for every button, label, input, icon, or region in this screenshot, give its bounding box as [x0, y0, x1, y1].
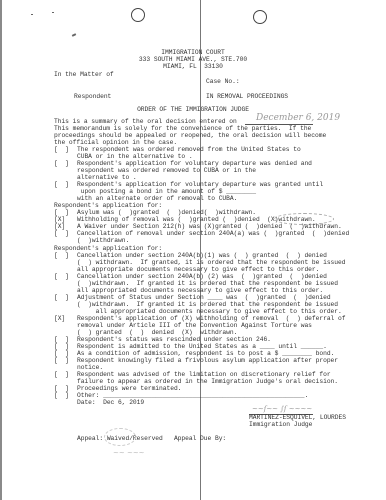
court-city: MIAMI, FL 33130: [100, 63, 286, 70]
checkbox: [ ]: [54, 146, 69, 153]
checkbox: [ ]: [54, 160, 69, 167]
fold-line: [200, 0, 201, 500]
appeal-status: Appeal: Waived/Reserved Appeal Due By:: [77, 435, 226, 442]
handwritten-circle: [104, 428, 136, 446]
proceedings-label: IN REMOVAL PROCEEDINGS: [206, 93, 288, 100]
handwritten-date: December 6, 2019: [256, 113, 340, 123]
checkbox: [ ]: [54, 392, 69, 399]
item-text: Respondent knowingly filed a frivolous a…: [77, 357, 338, 364]
handwritten-initials: ~~ ~~~: [113, 449, 145, 457]
scan-mark: [72, 33, 76, 37]
checkbox: [ ]: [54, 294, 69, 301]
matter-label: In the Matter of: [54, 71, 114, 78]
item-text: ( )withdrawn.: [77, 237, 129, 244]
scan-speck: [31, 14, 33, 15]
order-date: Date: Dec 6, 2019: [77, 399, 144, 406]
checkbox: [ ]: [54, 371, 69, 378]
checkbox: [ ]: [54, 230, 69, 237]
page-left-edge: [0, 0, 2, 500]
checkbox: [ ]: [54, 181, 69, 188]
checkbox: [ ]: [54, 273, 69, 280]
checkbox: [ ]: [54, 252, 69, 259]
scan-speck: [52, 12, 54, 13]
case-no-label: Case No.:: [206, 78, 240, 85]
respondent-label: Respondent: [74, 93, 111, 100]
judge-title: Immigration Judge: [249, 421, 312, 428]
punch-hole-left: [131, 8, 145, 22]
checkbox: [ ]: [54, 357, 69, 364]
punch-hole-right: [253, 10, 267, 24]
judge-signature: ~~ſ~~ ∫ſ ~~~~: [252, 405, 312, 413]
checkbox: [X]: [54, 315, 65, 322]
